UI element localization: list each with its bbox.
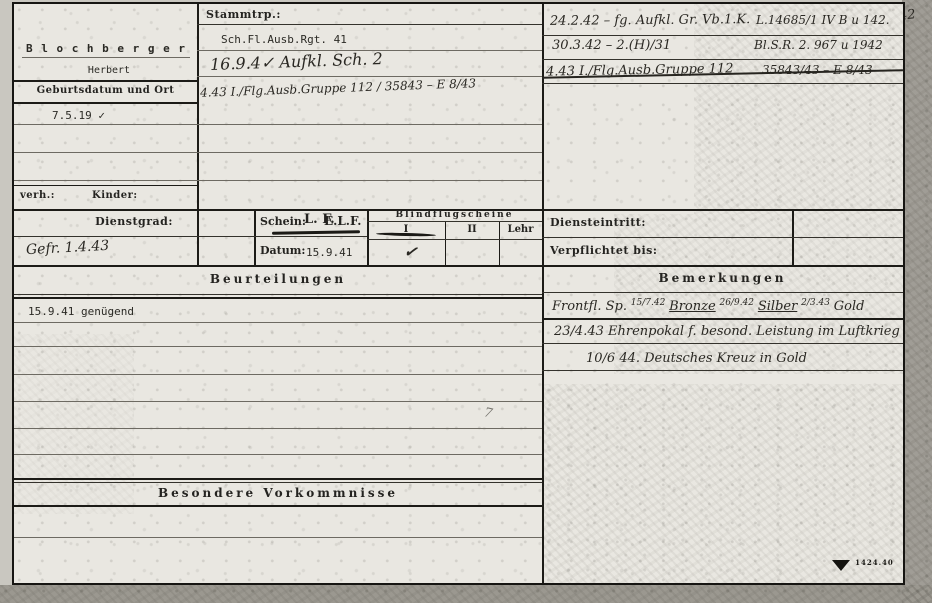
bemerkungen-line2: 23/4.43 Ehrenpokal f. besond. Leistung i… xyxy=(554,324,900,339)
blindflug-col3-label: Lehr xyxy=(499,224,542,235)
datum-value: 15.9.41 xyxy=(306,246,352,259)
rule-under-birthlabel xyxy=(14,102,197,104)
rule-vork-top-a xyxy=(14,478,542,480)
posting2-text: 30.3.42 – 2.(H)/31 xyxy=(552,38,671,53)
posting2-ref: Bl.S.R. 2. 967 u 1942 xyxy=(754,38,883,52)
rule-vork-row xyxy=(14,537,542,538)
rule-bemerk-1 xyxy=(542,318,903,320)
beurteilungen-header: Beurteilungen xyxy=(14,272,542,286)
frontflug-bronze: Bronze xyxy=(669,299,716,314)
birth-label: Geburtsdatum und Ort xyxy=(14,85,197,96)
frontflug-label: Frontfl. Sp. xyxy=(552,299,627,314)
birth-value: 7.5.19 ✓ xyxy=(52,109,105,122)
blindflug-header: Blindflugscheine xyxy=(367,210,542,220)
verh-label: verh.: xyxy=(20,190,55,201)
rule-under-surname xyxy=(22,57,190,58)
rule-row-b xyxy=(14,152,542,153)
vorkommnisse-header: Besondere Vorkommnisse xyxy=(14,486,542,500)
rule-posting2 xyxy=(542,59,903,60)
printer-mark-text: 1424.40 xyxy=(855,558,894,567)
dienstgrad-value: Gefr. 1.4.43 xyxy=(26,238,110,258)
rule-posting1 xyxy=(542,35,903,36)
frontflug-date3: 2/3.43 xyxy=(801,298,830,308)
diensteintritt-label: Diensteintritt: xyxy=(550,216,646,229)
blindflug-col2-label: II xyxy=(445,224,499,235)
rule-beurt-head-a xyxy=(14,294,542,295)
rule-beurt-4 xyxy=(14,428,542,429)
bemerkungen-header: Bemerkungen xyxy=(542,271,903,285)
rule-vork-top-b xyxy=(14,482,542,483)
rule-row-c xyxy=(14,180,542,181)
blindflug-col1-value: ✓ xyxy=(403,241,419,262)
frontflug-gold: Gold xyxy=(834,299,865,314)
stray-mark: 7 xyxy=(483,405,494,421)
scan-margin-right xyxy=(902,0,932,603)
triangle-icon xyxy=(832,560,850,571)
frontflug-date1: 15/7.42 xyxy=(631,298,666,308)
rule-mid-column xyxy=(542,4,544,583)
rule-band-bottom xyxy=(14,265,903,267)
datum-label: Datum: xyxy=(260,244,305,257)
rule-bemerk-2 xyxy=(542,343,903,344)
stammtrp-label: Stammtrp.: xyxy=(206,8,281,21)
rule-beurt-5 xyxy=(14,454,542,455)
stamm-unit: Sch.Fl.Ausb.Rgt. 41 xyxy=(221,33,347,46)
card-texture-bottomright xyxy=(544,384,903,583)
bemerkungen-line3: 10/6 44. Deutsches Kreuz in Gold xyxy=(586,351,807,366)
kinder-label: Kinder: xyxy=(92,190,138,201)
stamm-entry2: 4.43 I./Flg.Ausb.Gruppe 112 / 35843 – E … xyxy=(200,76,476,100)
schein-elf-value: E.L.F. xyxy=(324,214,361,228)
schein-lf-underline xyxy=(272,230,360,235)
rule-service-mid xyxy=(542,237,903,238)
bemerkungen-line1: Frontfl. Sp. 15/7.42 Bronze 26/9.42 Silb… xyxy=(552,298,902,314)
rule-under-firstname xyxy=(14,80,197,82)
surname-value: B l o c h b e r g e r xyxy=(18,42,194,55)
dienstgrad-label: Dienstgrad: xyxy=(14,215,254,228)
firstname-value: Herbert xyxy=(44,65,174,76)
rule-under-stammtrp xyxy=(197,24,542,25)
rule-dienstgrad-mid xyxy=(14,236,367,237)
rule-beurt-1 xyxy=(14,346,542,347)
rule-above-verh xyxy=(14,185,197,186)
rule-beurt-3 xyxy=(14,401,542,402)
personnel-card: B l o c h b e r g e r Herbert Geburtsdat… xyxy=(12,2,905,585)
stamm-entry1: 16.9.4✓ Aufkl. Sch. 2 xyxy=(210,49,383,74)
rule-blind-mid xyxy=(367,239,542,240)
frontflug-date2: 26/9.42 xyxy=(719,298,754,308)
card-texture-right xyxy=(614,214,903,374)
rule-schein-divider xyxy=(254,209,256,265)
rule-blind-subhead xyxy=(367,221,542,222)
posting1-ref: L.14685/1 IV B u 142. xyxy=(756,13,890,27)
rule-posting3 xyxy=(542,83,903,84)
beurteilungen-entry: 15.9.41 genügend xyxy=(28,305,134,318)
rule-row-a xyxy=(14,124,542,125)
rule-beurt-2 xyxy=(14,374,542,375)
rule-under-entry1 xyxy=(197,76,542,77)
rule-vork-bottom xyxy=(14,505,542,507)
rule-beurt-head-b xyxy=(14,297,542,299)
schein-label: Schein: xyxy=(260,215,306,228)
rule-beurt-entry xyxy=(14,322,542,323)
posting1-text: 24.2.42 – fg. Aufkl. Gr. Vb.1.K. xyxy=(550,12,750,29)
verpflichtet-label: Verpflichtet bis: xyxy=(550,244,657,257)
rule-bemerk-head xyxy=(542,292,903,293)
printer-mark: 1424.40 xyxy=(832,556,894,575)
rule-bemerk-3 xyxy=(542,370,903,371)
scan-margin-bottom xyxy=(0,585,932,603)
frontflug-silber: Silber xyxy=(758,299,797,314)
document-scan: 42 xyxy=(0,0,932,603)
